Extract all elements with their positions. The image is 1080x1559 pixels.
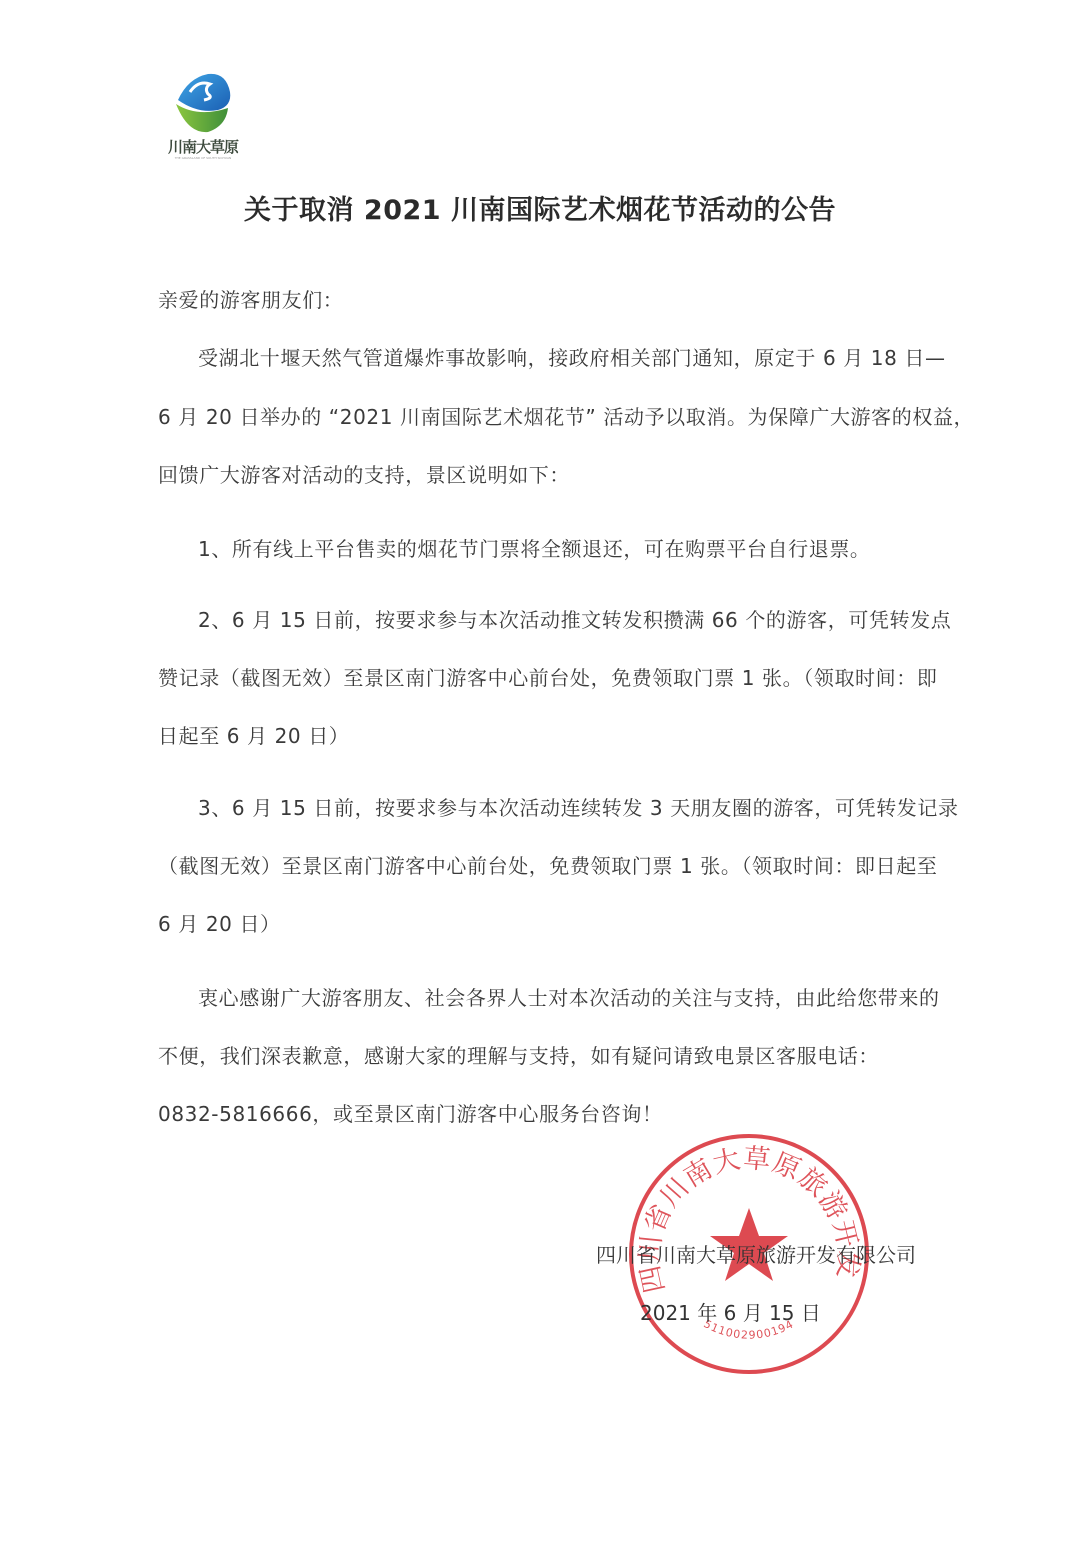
- seal-text: 四川省川南大草原旅游开发有限公司: [625, 1130, 864, 1296]
- body-line: 回馈广大游客对活动的支持，景区说明如下：: [158, 459, 923, 488]
- closing-line: 不便，我们深表歉意，感谢大家的理解与支持，如有疑问请致电景区客服电话：: [158, 1040, 923, 1069]
- item-3-cont: 6 月 20 日）: [158, 908, 923, 937]
- greeting: 亲爱的游客朋友们：: [158, 284, 923, 313]
- company-logo: 川南大草原 THE GRASSLAND OF SOUTH SICHUAN: [158, 70, 248, 165]
- document-title: 关于取消 2021 川南国际艺术烟花节活动的公告: [0, 188, 1080, 227]
- landscape-logo-icon: [168, 70, 238, 136]
- contact-line: 0832-5816666，或至景区南门游客中心服务台咨询！: [158, 1098, 923, 1127]
- body-line: 受湖北十堰天然气管道爆炸事故影响，接政府相关部门通知，原定于 6 月 18 日—: [158, 342, 923, 371]
- signature-date: 2021 年 6 月 15 日: [640, 1297, 821, 1326]
- item-1: 1、所有线上平台售卖的烟花节门票将全额退还，可在购票平台自行退票。: [158, 533, 923, 562]
- body-line: 6 月 20 日举办的 “2021 川南国际艺术烟花节” 活动予以取消。为保障广…: [158, 401, 923, 430]
- svg-text:四川省川南大草原旅游开发有限公司: 四川省川南大草原旅游开发有限公司: [625, 1130, 864, 1296]
- signature-company: 四川省川南大草原旅游开发有限公司: [596, 1239, 916, 1268]
- logo-subtitle: THE GRASSLAND OF SOUTH SICHUAN: [164, 156, 242, 160]
- item-2-cont: 赞记录（截图无效）至景区南门游客中心前台处，免费领取门票 1 张。（领取时间：即: [158, 662, 923, 691]
- item-3: 3、6 月 15 日前，按要求参与本次活动连续转发 3 天朋友圈的游客，可凭转发…: [158, 792, 923, 821]
- item-2: 2、6 月 15 日前，按要求参与本次活动推文转发积攒满 66 个的游客，可凭转…: [158, 604, 923, 633]
- item-3-cont: （截图无效）至景区南门游客中心前台处，免费领取门票 1 张。（领取时间：即日起至: [158, 850, 923, 879]
- closing-line: 衷心感谢广大游客朋友、社会各界人士对本次活动的关注与支持，由此给您带来的: [158, 982, 923, 1011]
- logo-name: 川南大草原: [158, 136, 248, 157]
- item-2-cont: 日起至 6 月 20 日）: [158, 720, 923, 749]
